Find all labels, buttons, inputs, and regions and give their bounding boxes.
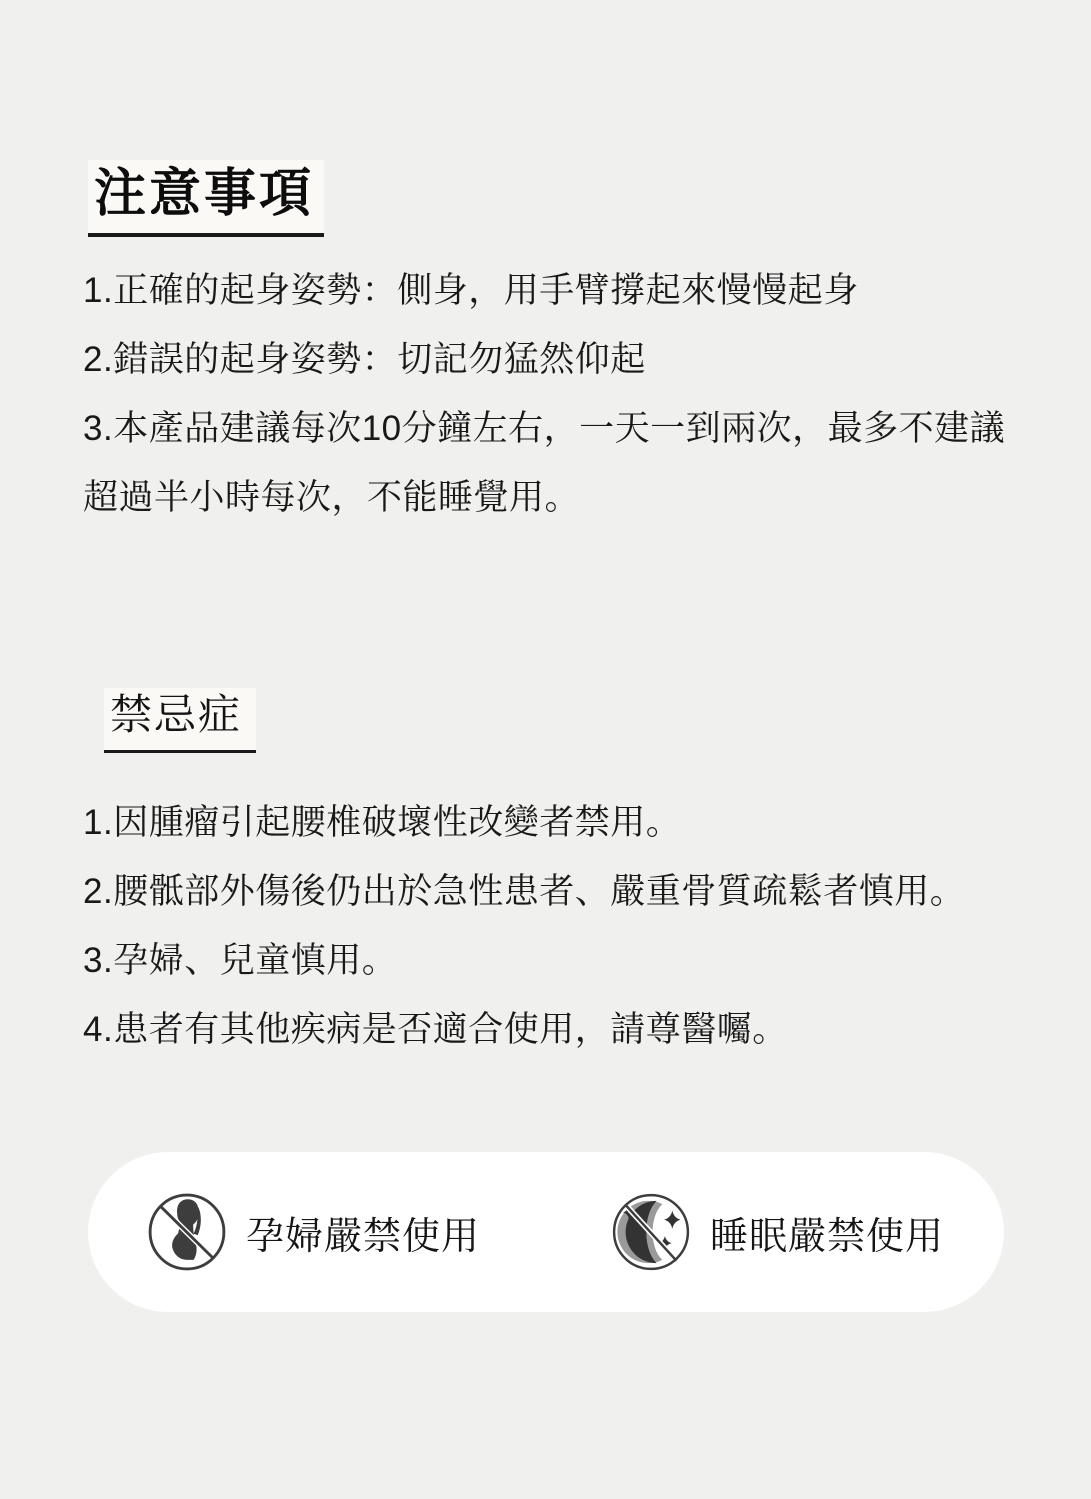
precautions-heading: 注意事項	[88, 160, 324, 237]
no-pregnant-icon	[146, 1191, 228, 1273]
list-item: 1.因腫瘤引起腰椎破壞性改變者禁用。	[83, 788, 1035, 857]
list-item: 1.正確的起身姿勢：側身，用手臂撐起來慢慢起身	[83, 256, 1035, 325]
list-item: 4.患者有其他疾病是否適合使用，請尊醫囑。	[83, 995, 1035, 1064]
list-item: 2.錯誤的起身姿勢：切記勿猛然仰起	[83, 325, 1035, 394]
warning-pregnant: 孕婦嚴禁使用	[146, 1191, 480, 1273]
warning-banner: 孕婦嚴禁使用	[88, 1152, 1004, 1312]
contraindications-heading: 禁忌症	[104, 688, 256, 753]
no-sleep-icon	[610, 1191, 692, 1273]
list-item: 3.孕婦、兒童慎用。	[83, 926, 1035, 995]
list-item: 3.本產品建議每次10分鐘左右，一天一到兩次，最多不建議超過半小時每次，不能睡覺…	[83, 394, 1035, 532]
warning-sleep: 睡眠嚴禁使用	[610, 1191, 944, 1273]
contraindications-list: 1.因腫瘤引起腰椎破壞性改變者禁用。 2.腰骶部外傷後仍出於急性患者、嚴重骨質疏…	[83, 788, 1035, 1064]
precautions-list: 1.正確的起身姿勢：側身，用手臂撐起來慢慢起身 2.錯誤的起身姿勢：切記勿猛然仰…	[83, 256, 1035, 532]
warning-label: 睡眠嚴禁使用	[710, 1205, 944, 1260]
list-item: 2.腰骶部外傷後仍出於急性患者、嚴重骨質疏鬆者慎用。	[83, 857, 1035, 926]
warning-label: 孕婦嚴禁使用	[246, 1205, 480, 1260]
page: 注意事項 1.正確的起身姿勢：側身，用手臂撐起來慢慢起身 2.錯誤的起身姿勢：切…	[0, 0, 1091, 1499]
